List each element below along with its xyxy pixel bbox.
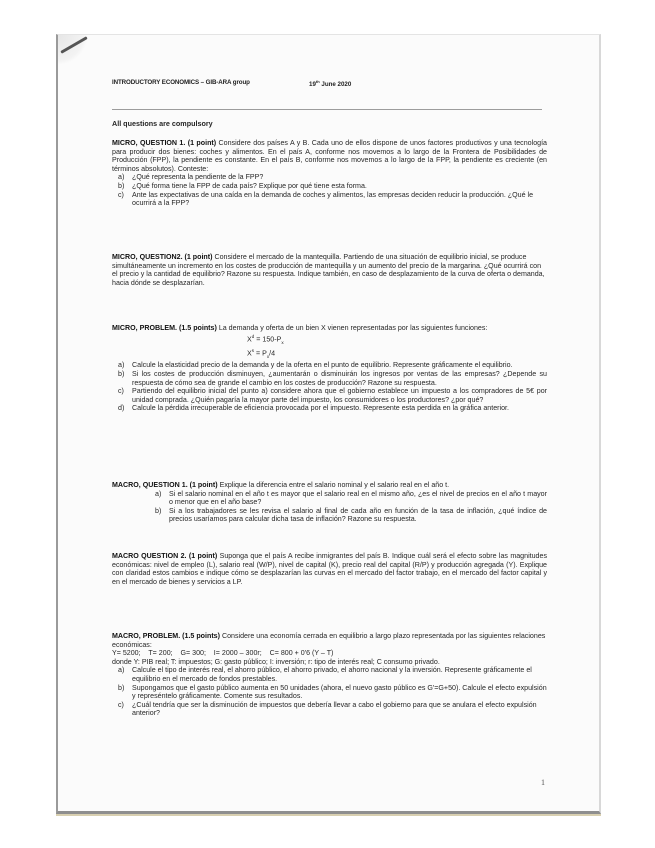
subquestion: a)Calcule la elasticidad precio de la de… [112, 361, 547, 370]
subquestion: b)¿Qué forma tiene la FPP de cada país? … [112, 182, 547, 191]
micro-q1-subquestions: a)¿Qué representa la pendiente de la FPP… [112, 173, 547, 207]
formula-rhs: = P [254, 349, 267, 357]
subquestion-label: a) [155, 490, 161, 499]
micro-problem-statement: MICRO, PROBLEM. (1.5 points) La demanda … [112, 324, 547, 333]
subquestion: a)Calcule el tipo de interés real, el ah… [112, 666, 547, 683]
macro-q1-statement: MACRO, QUESTION 1. (1 point) Explique la… [112, 481, 547, 490]
subquestion: a)¿Qué representa la pendiente de la FPP… [112, 173, 547, 182]
subquestion-text: ¿Qué representa la pendiente de la FPP? [132, 173, 263, 181]
subquestion: a)Si el salario nominal en el año t es m… [112, 490, 547, 507]
macro-q1-body: Explique la diferencia entre el salario … [218, 481, 449, 489]
demand-function: Xd = 150-Px [112, 333, 547, 347]
macro-q1-title: MACRO, QUESTION 1. (1 point) [112, 481, 218, 489]
subquestion-label: b) [155, 507, 161, 516]
page-number: 1 [541, 778, 545, 787]
subquestion-text: Calcule la pérdida irrecuperable de efic… [132, 404, 509, 412]
macro-equations: Y= 5200; T= 200; G= 300; I= 2000 – 300r;… [112, 649, 547, 658]
subquestion: c)¿Cuál tendría que ser la disminución d… [112, 701, 547, 718]
macro-q2-statement: MACRO QUESTION 2. (1 point) Suponga que … [112, 552, 547, 586]
micro-question-1: MICRO, QUESTION 1. (1 point) Considere d… [112, 139, 547, 208]
subquestion-label: a) [118, 666, 124, 675]
macro-question-1: MACRO, QUESTION 1. (1 point) Explique la… [112, 481, 547, 524]
subquestion-text: Calcule el tipo de interés real, el ahor… [132, 666, 532, 683]
micro-problem-body: La demanda y oferta de un bien X vienen … [217, 324, 488, 332]
subquestion: b)Si los costes de producción disminuyen… [112, 370, 547, 387]
subquestion-text: Calcule la elasticidad precio de la dema… [132, 361, 513, 369]
micro-problem-subquestions: a)Calcule la elasticidad precio de la de… [112, 361, 547, 413]
subquestion-text: Si el salario nominal en el año t es may… [169, 490, 547, 507]
macro-q1-subquestions: a)Si el salario nominal en el año t es m… [112, 490, 547, 524]
subquestion-label: c) [118, 387, 124, 396]
exam-header: INTRODUCTORY ECONOMICS – GIB-ARA group 1… [112, 79, 552, 91]
micro-problem: MICRO, PROBLEM. (1.5 points) La demanda … [112, 324, 547, 413]
instructions: All questions are compulsory [112, 120, 547, 129]
subquestion: b)Si a los trabajadores se les revisa el… [112, 507, 547, 524]
macro-problem: MACRO, PROBLEM. (1.5 points) Considere u… [112, 632, 547, 718]
micro-q2-statement: MICRO, QUESTION2. (1 point) Considere el… [112, 253, 547, 287]
subquestion-text: ¿Cuál tendría que ser la disminución de … [132, 701, 537, 718]
subquestion-text: ¿Qué forma tiene la FPP de cada país? Ex… [132, 182, 367, 190]
subquestion-text: Supongamos que el gasto público aumenta … [132, 684, 547, 701]
subquestion-text: Partiendo del equilibrio inicial del pun… [132, 387, 547, 404]
micro-problem-title: MICRO, PROBLEM. (1.5 points) [112, 324, 217, 332]
formula-tail: /4 [269, 349, 275, 357]
subquestion-label: a) [118, 361, 124, 370]
subquestion-label: a) [118, 173, 124, 182]
micro-question-2: MICRO, QUESTION2. (1 point) Considere el… [112, 253, 547, 287]
supply-function: Xs = Px/4 [112, 347, 547, 361]
formula-sub: x [281, 339, 283, 344]
macro-problem-title: MACRO, PROBLEM. (1.5 points) [112, 632, 220, 640]
subquestion-label: b) [118, 684, 124, 693]
date-day: 19 [309, 81, 316, 88]
subquestion-text: Ante las expectativas de una caída en la… [132, 191, 533, 208]
formula-rhs: = 150-P [254, 335, 281, 343]
subquestion-text: Si a los trabajadores se les revisa el s… [169, 507, 547, 524]
header-divider [112, 109, 542, 110]
subquestion: c)Ante las expectativas de una caída en … [112, 191, 547, 208]
subquestion: b)Supongamos que el gasto público aument… [112, 684, 547, 701]
subquestion-text: Si los costes de producción disminuyen, … [132, 370, 547, 387]
micro-q2-title: MICRO, QUESTION2. (1 point) [112, 253, 213, 261]
exam-date: 19th June 2020 [309, 79, 351, 88]
subquestion-label: b) [118, 182, 124, 191]
subquestion-label: c) [118, 701, 124, 710]
subquestion: c)Partiendo del equilibrio inicial del p… [112, 387, 547, 404]
course-title: INTRODUCTORY ECONOMICS – GIB-ARA group [112, 79, 250, 86]
micro-q1-statement: MICRO, QUESTION 1. (1 point) Considere d… [112, 139, 547, 173]
micro-q1-title: MICRO, QUESTION 1. (1 point) [112, 139, 216, 147]
subquestion: d)Calcule la pérdida irrecuperable de ef… [112, 404, 547, 413]
subquestion-label: b) [118, 370, 124, 379]
variable-legend: donde Y: PIB real; T: impuestos; G: gast… [112, 658, 547, 667]
subquestion-label: c) [118, 191, 124, 200]
macro-q2-title: MACRO QUESTION 2. (1 point) [112, 552, 217, 560]
macro-problem-subquestions: a)Calcule el tipo de interés real, el ah… [112, 666, 547, 718]
macro-problem-statement: MACRO, PROBLEM. (1.5 points) Considere u… [112, 632, 547, 649]
date-rest: June 2020 [320, 81, 352, 88]
subquestion-label: d) [118, 404, 124, 413]
macro-question-2: MACRO QUESTION 2. (1 point) Suponga que … [112, 552, 547, 586]
